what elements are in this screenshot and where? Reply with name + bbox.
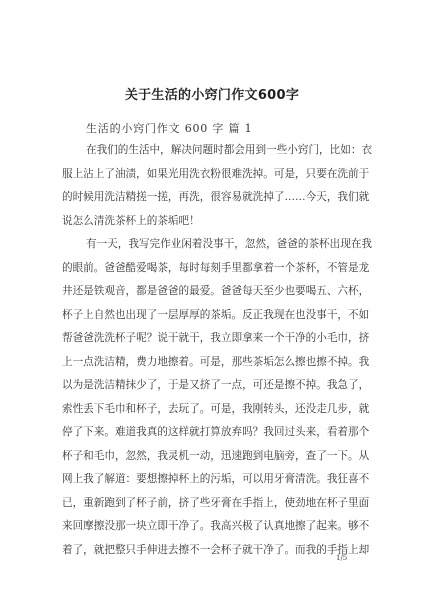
text-line: 杯子和毛巾，忽然，我灵机一动，迅速跑到电脑旁，查了一下。从: [62, 445, 362, 469]
text-line: 帮爸爸洗洗杯子呢？说干就干，我立即拿来一个干净的小毛巾，挤: [62, 327, 362, 351]
text-line: 杯子上自然也出现了一层厚厚的茶垢。反正我现在也没事干，不如: [62, 304, 362, 328]
essay-subtitle: 生活的小窍门作文 600 字 篇 1: [86, 120, 252, 136]
text-line: 井还是铁观音，都是爸爸的最爱。爸爸每天至少也要喝五、六杯，: [62, 280, 362, 304]
text-line: 以为是洗洁精抹少了，于是又挤了一点，可还是擦不掉。我急了，: [62, 374, 362, 398]
essay-body: 在我们的生活中，解决问题时都会用到一些小窍门，比如：衣 服上沾上了油渍，如果光用…: [62, 139, 362, 562]
text-line: 说怎么清洗茶杯上的茶垢吧！: [62, 210, 362, 234]
text-line: 网上我了解道：要想擦掉杯上的污垢，可以用牙膏清洗。我狂喜不: [62, 468, 362, 492]
text-line: 索性丢下毛巾和杯子，去玩了。可是，我刚转头，还没走几步，就: [62, 398, 362, 422]
text-line: 来回摩擦没那一块立即干净了。我高兴极了认真地擦了起来。够不: [62, 515, 362, 539]
text-line: 上一点洗洁精，费力地擦着。可是，那些茶垢怎么擦也擦不掉。我: [62, 351, 362, 375]
text-line: 的时候用洗洁精搓一搓，再洗，很容易就洗掉了……今天，我们就: [62, 186, 362, 210]
text-line: 有一天，我写完作业闲着没事干，忽然，爸爸的茶杯出现在我: [62, 233, 362, 257]
text-line: 着了，就把整只手伸进去擦不一会杯子就干净了。而我的手指上却: [62, 539, 362, 563]
text-line: 的眼前。爸爸酷爱喝茶，每时每刻手里都拿着一个茶杯，不管是龙: [62, 257, 362, 281]
document-title: 关于生活的小窍门作文600字: [0, 84, 424, 103]
text-line: 在我们的生活中，解决问题时都会用到一些小窍门，比如：衣: [62, 139, 362, 163]
text-line: 停了下来。难道我真的这样就打算放弃吗？我回过头来，看着那个: [62, 421, 362, 445]
text-line: 已，重新跑到了杯子前，挤了些牙膏在手指上，使劲地在杯子里面: [62, 492, 362, 516]
document-page: 关于生活的小窍门作文600字 生活的小窍门作文 600 字 篇 1 在我们的生活…: [0, 0, 424, 600]
page-number: 1/5: [336, 554, 347, 562]
text-line: 服上沾上了油渍，如果光用洗衣粉很难洗掉。可是，只要在洗前于: [62, 163, 362, 187]
